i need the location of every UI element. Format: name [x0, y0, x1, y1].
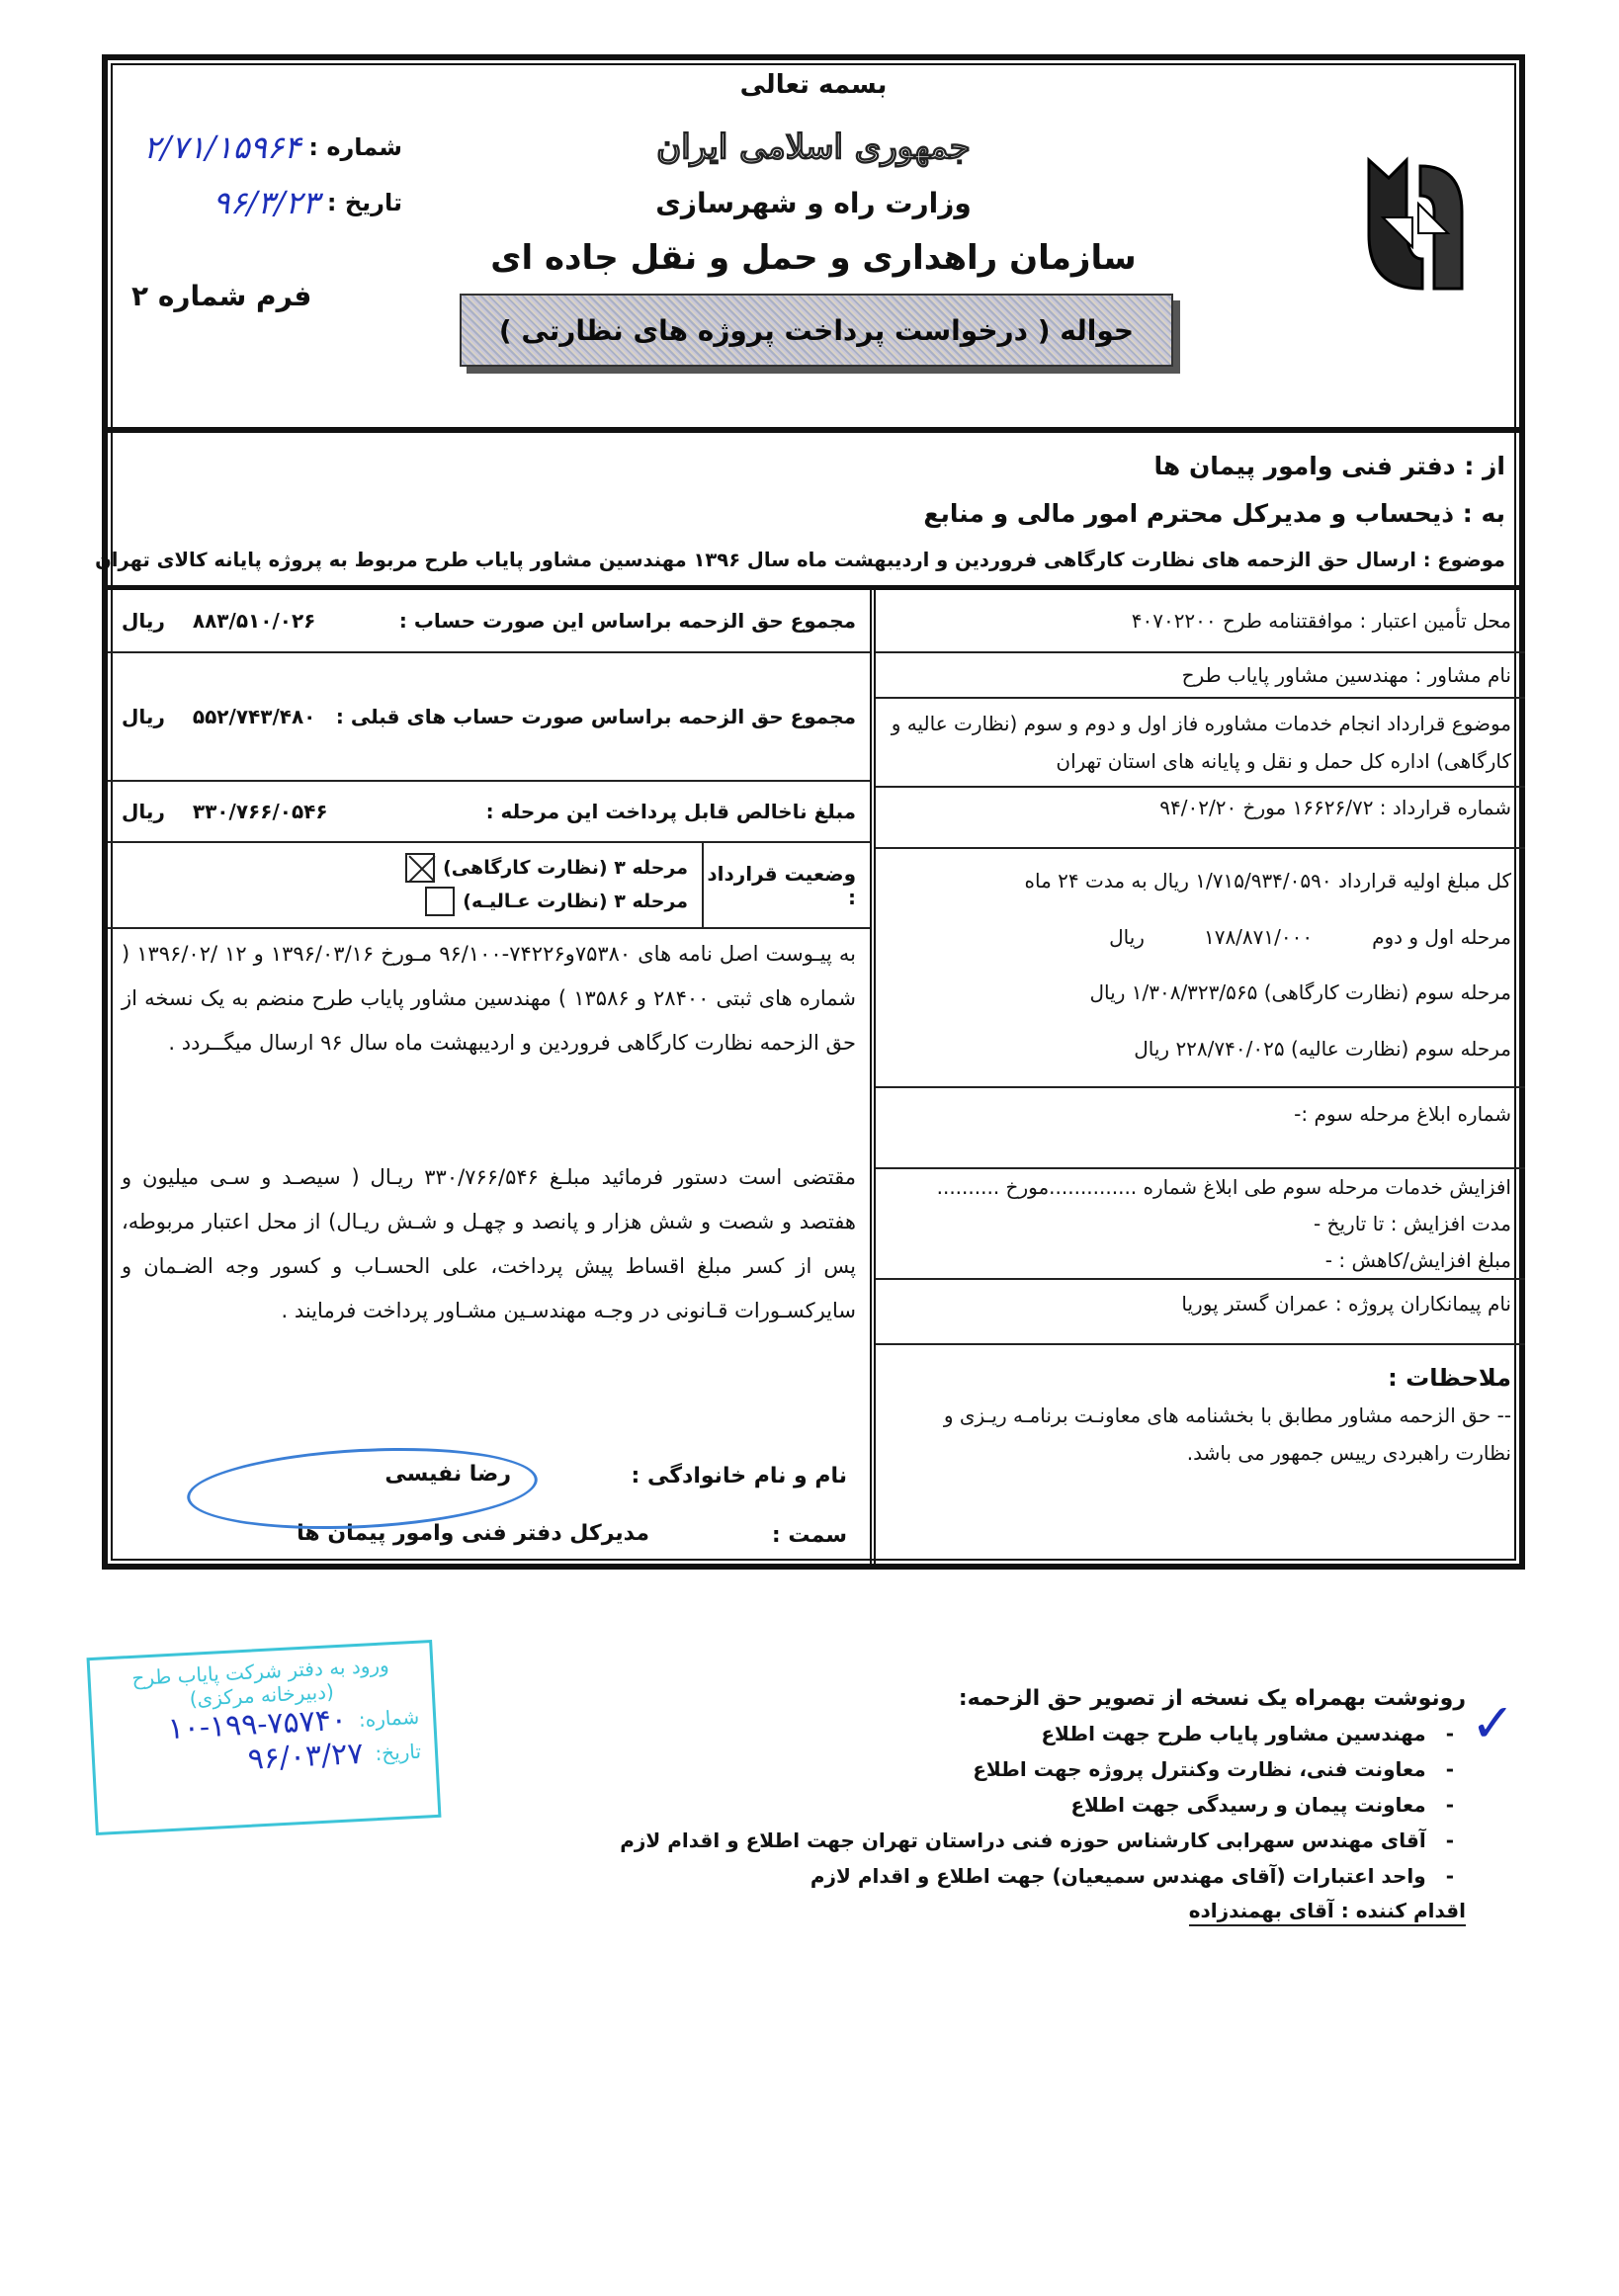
- net-payable-row: مبلغ ناخالص قابل پرداخت این مرحله : ۳۳۰/…: [108, 782, 870, 843]
- action-officer: اقدام کننده : آقای بهمندزاده: [576, 1894, 1466, 1931]
- contract-status-row: وضعیت قرارداد : مرحله ۳ (نظارت کارگاهی) …: [108, 843, 870, 929]
- number-value: ۲/۷۱/۱۵۹۶۴: [143, 128, 300, 166]
- total-previous-row: مجموع حق الزحمه براساس صورت حساب های قبل…: [108, 653, 870, 782]
- service-increase-row: افزایش خدمات مرحله سوم طی ابلاغ شماره ..…: [876, 1169, 1525, 1280]
- bullet-icon: -: [1446, 1757, 1454, 1781]
- phase-1-2-value: ۱۷۸/۸۷۱/۰۰۰: [1204, 925, 1313, 949]
- title-banner-text: حواله ( درخواست پرداخت پروژه های نظارتی …: [499, 314, 1134, 347]
- attachment-paragraph: به پیـوست اصل نامه های ۷۵۳۸۰و۷۴۲۲۶-۹۶/۱۰…: [108, 932, 870, 1065]
- phase3-notification: شماره ابلاغ مرحله سوم :-: [1294, 1102, 1511, 1126]
- contract-status-label: وضعیت قرارداد :: [704, 862, 856, 909]
- letter-number: شماره : ۲/۷۱/۱۵۹۶۴: [106, 120, 402, 175]
- total-this-invoice-row: مجموع حق الزحمه براساس این صورت حساب : ۸…: [108, 590, 870, 653]
- total-this-invoice-value: ۸۸۳/۵۱۰/۰۲۶: [193, 609, 315, 633]
- contract-total-amount: کل مبلغ اولیه قرارداد ۱/۷۱۵/۹۳۴/۰۵۹۰ ریا…: [1025, 869, 1512, 893]
- cc-item: -آقای مهندس سهرابی کارشناس حوزه فنی دراس…: [576, 1823, 1466, 1858]
- status-option-site-supervision[interactable]: مرحله ۳ (نظارت کارگاهی): [405, 851, 688, 885]
- payment-order-paragraph: مقتضی است دستور فرمائید مبلـغ ۳۳۰/۷۶۶/۵۴…: [108, 1155, 870, 1333]
- bullet-icon: -: [1446, 1864, 1454, 1888]
- number-label: شماره :: [308, 133, 402, 161]
- cc-item: -مهندسین مشاور پایاب طرح جهت اطلاع: [576, 1716, 1466, 1751]
- signer-position-label: سمت :: [772, 1523, 847, 1548]
- status-option-label: مرحله ۳ (نظارت عـالیـه): [463, 885, 688, 918]
- to-line: به : ذیحساب و مدیرکل محترم امور مالی و م…: [923, 499, 1505, 528]
- total-previous-value: ۵۵۲/۷۴۳/۴۸۰: [193, 705, 315, 728]
- funding-source: محل تأمین اعتبار : موافقتنامه طرح ۴۰۷۰۲۲…: [1132, 609, 1511, 633]
- checkmark-icon: ✓: [1471, 1692, 1515, 1754]
- contract-number-row: شماره قرارداد : ۱۶۶۲۶/۷۲ مورخ ۹۴/۰۲/۲۰: [876, 788, 1525, 849]
- header-separator: [108, 427, 1519, 433]
- status-option-label: مرحله ۳ (نظارت کارگاهی): [443, 851, 688, 885]
- phase-1-2-unit: ریال: [1109, 925, 1145, 949]
- contract-subject: موضوع قرارداد انجام خدمات مشاوره فاز اول…: [890, 705, 1511, 780]
- remarks-section: ملاحظات : -- حق الزحمه مشاور مطابق با بخ…: [876, 1345, 1525, 1486]
- net-payable-unit: ریال: [122, 800, 165, 823]
- cc-item-text: معاونت فنی، نظارت وکنترل پروژه جهت اطلاع: [973, 1757, 1426, 1781]
- contract-status-label-cell: وضعیت قرارداد :: [702, 843, 870, 927]
- organization-title: سازمان راهداری و حمل و نقل جاده ای: [108, 238, 1519, 278]
- bullet-icon: -: [1446, 1828, 1454, 1852]
- date-value: ۹۶/۳/۲۳: [213, 184, 319, 221]
- from-line: از : دفتر فنی وامور پیمان ها: [1154, 452, 1505, 480]
- stamp-date-label: تاریخ:: [375, 1739, 422, 1764]
- remarks-title: ملاحظات :: [890, 1359, 1511, 1397]
- phase-3-site-amount: مرحله سوم (نظارت کارگاهی) ۱/۳۰۸/۳۲۳/۵۶۵ …: [1090, 980, 1511, 1004]
- number-date-block: شماره : ۲/۷۱/۱۵۹۶۴ تاریخ : ۹۶/۳/۲۳: [106, 120, 402, 230]
- total-previous-label: مجموع حق الزحمه براساس صورت حساب های قبل…: [336, 705, 856, 728]
- letter-date: تاریخ : ۹۶/۳/۲۳: [106, 175, 402, 230]
- stamp-date-value: ۹۶/۰۳/۲۷: [247, 1737, 365, 1777]
- phase-1-2-label: مرحله اول و دوم: [1372, 925, 1511, 949]
- funding-source-row: محل تأمین اعتبار : موافقتنامه طرح ۴۰۷۰۲۲…: [876, 590, 1525, 653]
- consultant-row: نام مشاور : مهندسین مشاور پایاب طرح: [876, 653, 1525, 699]
- cc-item-text: معاونت پیمان و رسیدگی جهت اطلاع: [1070, 1793, 1425, 1817]
- signer-name-label: نام و نام خانوادگی :: [632, 1464, 847, 1488]
- cc-item: -واحد اعتبارات (آقای مهندس سمیعیان) جهت …: [576, 1858, 1466, 1894]
- contractor-name: نام پیمانکاران پروژه : عمران گستر پوریا: [1181, 1292, 1511, 1316]
- contract-status-options: مرحله ۳ (نظارت کارگاهی) مرحله ۳ (نظارت ع…: [405, 851, 688, 918]
- total-this-invoice-label: مجموع حق الزحمه براساس این صورت حساب :: [399, 609, 856, 633]
- cc-item-text: واحد اعتبارات (آقای مهندس سمیعیان) جهت ا…: [810, 1864, 1426, 1888]
- consultant-name: نام مشاور : مهندسین مشاور پایاب طرح: [1182, 663, 1511, 687]
- subject-line: موضوع : ارسال حق الزحمه های نظارت کارگاه…: [95, 549, 1505, 571]
- form-number: فرم شماره ۲: [131, 280, 311, 312]
- status-option-high-supervision[interactable]: مرحله ۳ (نظارت عـالیـه): [405, 885, 688, 918]
- cc-title: رونوشت بهمراه یک نسخه از تصویر حق الزحمه…: [576, 1680, 1466, 1716]
- total-this-invoice-unit: ریال: [122, 609, 165, 633]
- rmto-logo-icon: [1363, 156, 1468, 295]
- increase-amount: مبلغ افزایش/کاهش : -: [1325, 1248, 1511, 1272]
- net-payable-value: ۳۳۰/۷۶۶/۰۵۴۶: [193, 800, 328, 823]
- bullet-icon: -: [1446, 1722, 1454, 1745]
- checkbox-unchecked[interactable]: [425, 887, 455, 916]
- stamp-number-label: شماره:: [358, 1704, 419, 1731]
- contract-subject-row: موضوع قرارداد انجام خدمات مشاوره فاز اول…: [876, 699, 1525, 788]
- total-previous-unit: ریال: [122, 705, 165, 728]
- cc-item: -معاونت پیمان و رسیدگی جهت اطلاع: [576, 1787, 1466, 1823]
- form-frame: بسمه تعالی جمهوری اسلامی ایران وزارت راه…: [102, 54, 1525, 1570]
- received-stamp: ورود به دفتر شرکت پایاب طرح (دبیرخانه مر…: [87, 1640, 442, 1835]
- contract-number: شماره قرارداد : ۱۶۶۲۶/۷۲ مورخ ۹۴/۰۲/۲۰: [1159, 796, 1511, 819]
- net-payable-label: مبلغ ناخالص قابل پرداخت این مرحله :: [486, 800, 856, 823]
- contractor-row: نام پیمانکاران پروژه : عمران گستر پوریا: [876, 1280, 1525, 1345]
- action-officer-text: اقدام کننده : آقای بهمندزاده: [1189, 1899, 1466, 1926]
- bismillah: بسمه تعالی: [108, 70, 1519, 100]
- increase-duration: مدت افزایش : تا تاریخ -: [1314, 1212, 1511, 1235]
- date-label: تاریخ :: [327, 189, 402, 216]
- cc-item: -معاونت فنی، نظارت وکنترل پروژه جهت اطلا…: [576, 1751, 1466, 1787]
- increase-notification: افزایش خدمات مرحله سوم طی ابلاغ شماره ..…: [937, 1175, 1511, 1199]
- remarks-text: -- حق الزحمه مشاور مطابق با بخشنامه های …: [890, 1397, 1511, 1472]
- bullet-icon: -: [1446, 1793, 1454, 1817]
- cc-item-text: مهندسین مشاور پایاب طرح جهت اطلاع: [1041, 1722, 1425, 1745]
- cc-list: رونوشت بهمراه یک نسخه از تصویر حق الزحمه…: [576, 1680, 1466, 1931]
- phase-3-high-amount: مرحله سوم (نظارت عالیه) ۲۲۸/۷۴۰/۰۲۵ ریال: [1134, 1037, 1511, 1061]
- title-banner: حواله ( درخواست پرداخت پروژه های نظارتی …: [460, 294, 1173, 367]
- phase3-notification-row: شماره ابلاغ مرحله سوم :-: [876, 1088, 1525, 1169]
- contract-amounts-row: کل مبلغ اولیه قرارداد ۱/۷۱۵/۹۳۴/۰۵۹۰ ریا…: [876, 849, 1525, 1088]
- phase-1-2-amount: مرحله اول و دوم ۱۷۸/۸۷۱/۰۰۰ ریال: [1109, 925, 1511, 949]
- cc-item-text: آقای مهندس سهرابی کارشناس حوزه فنی دراست…: [620, 1828, 1426, 1852]
- checkbox-checked[interactable]: [405, 853, 435, 883]
